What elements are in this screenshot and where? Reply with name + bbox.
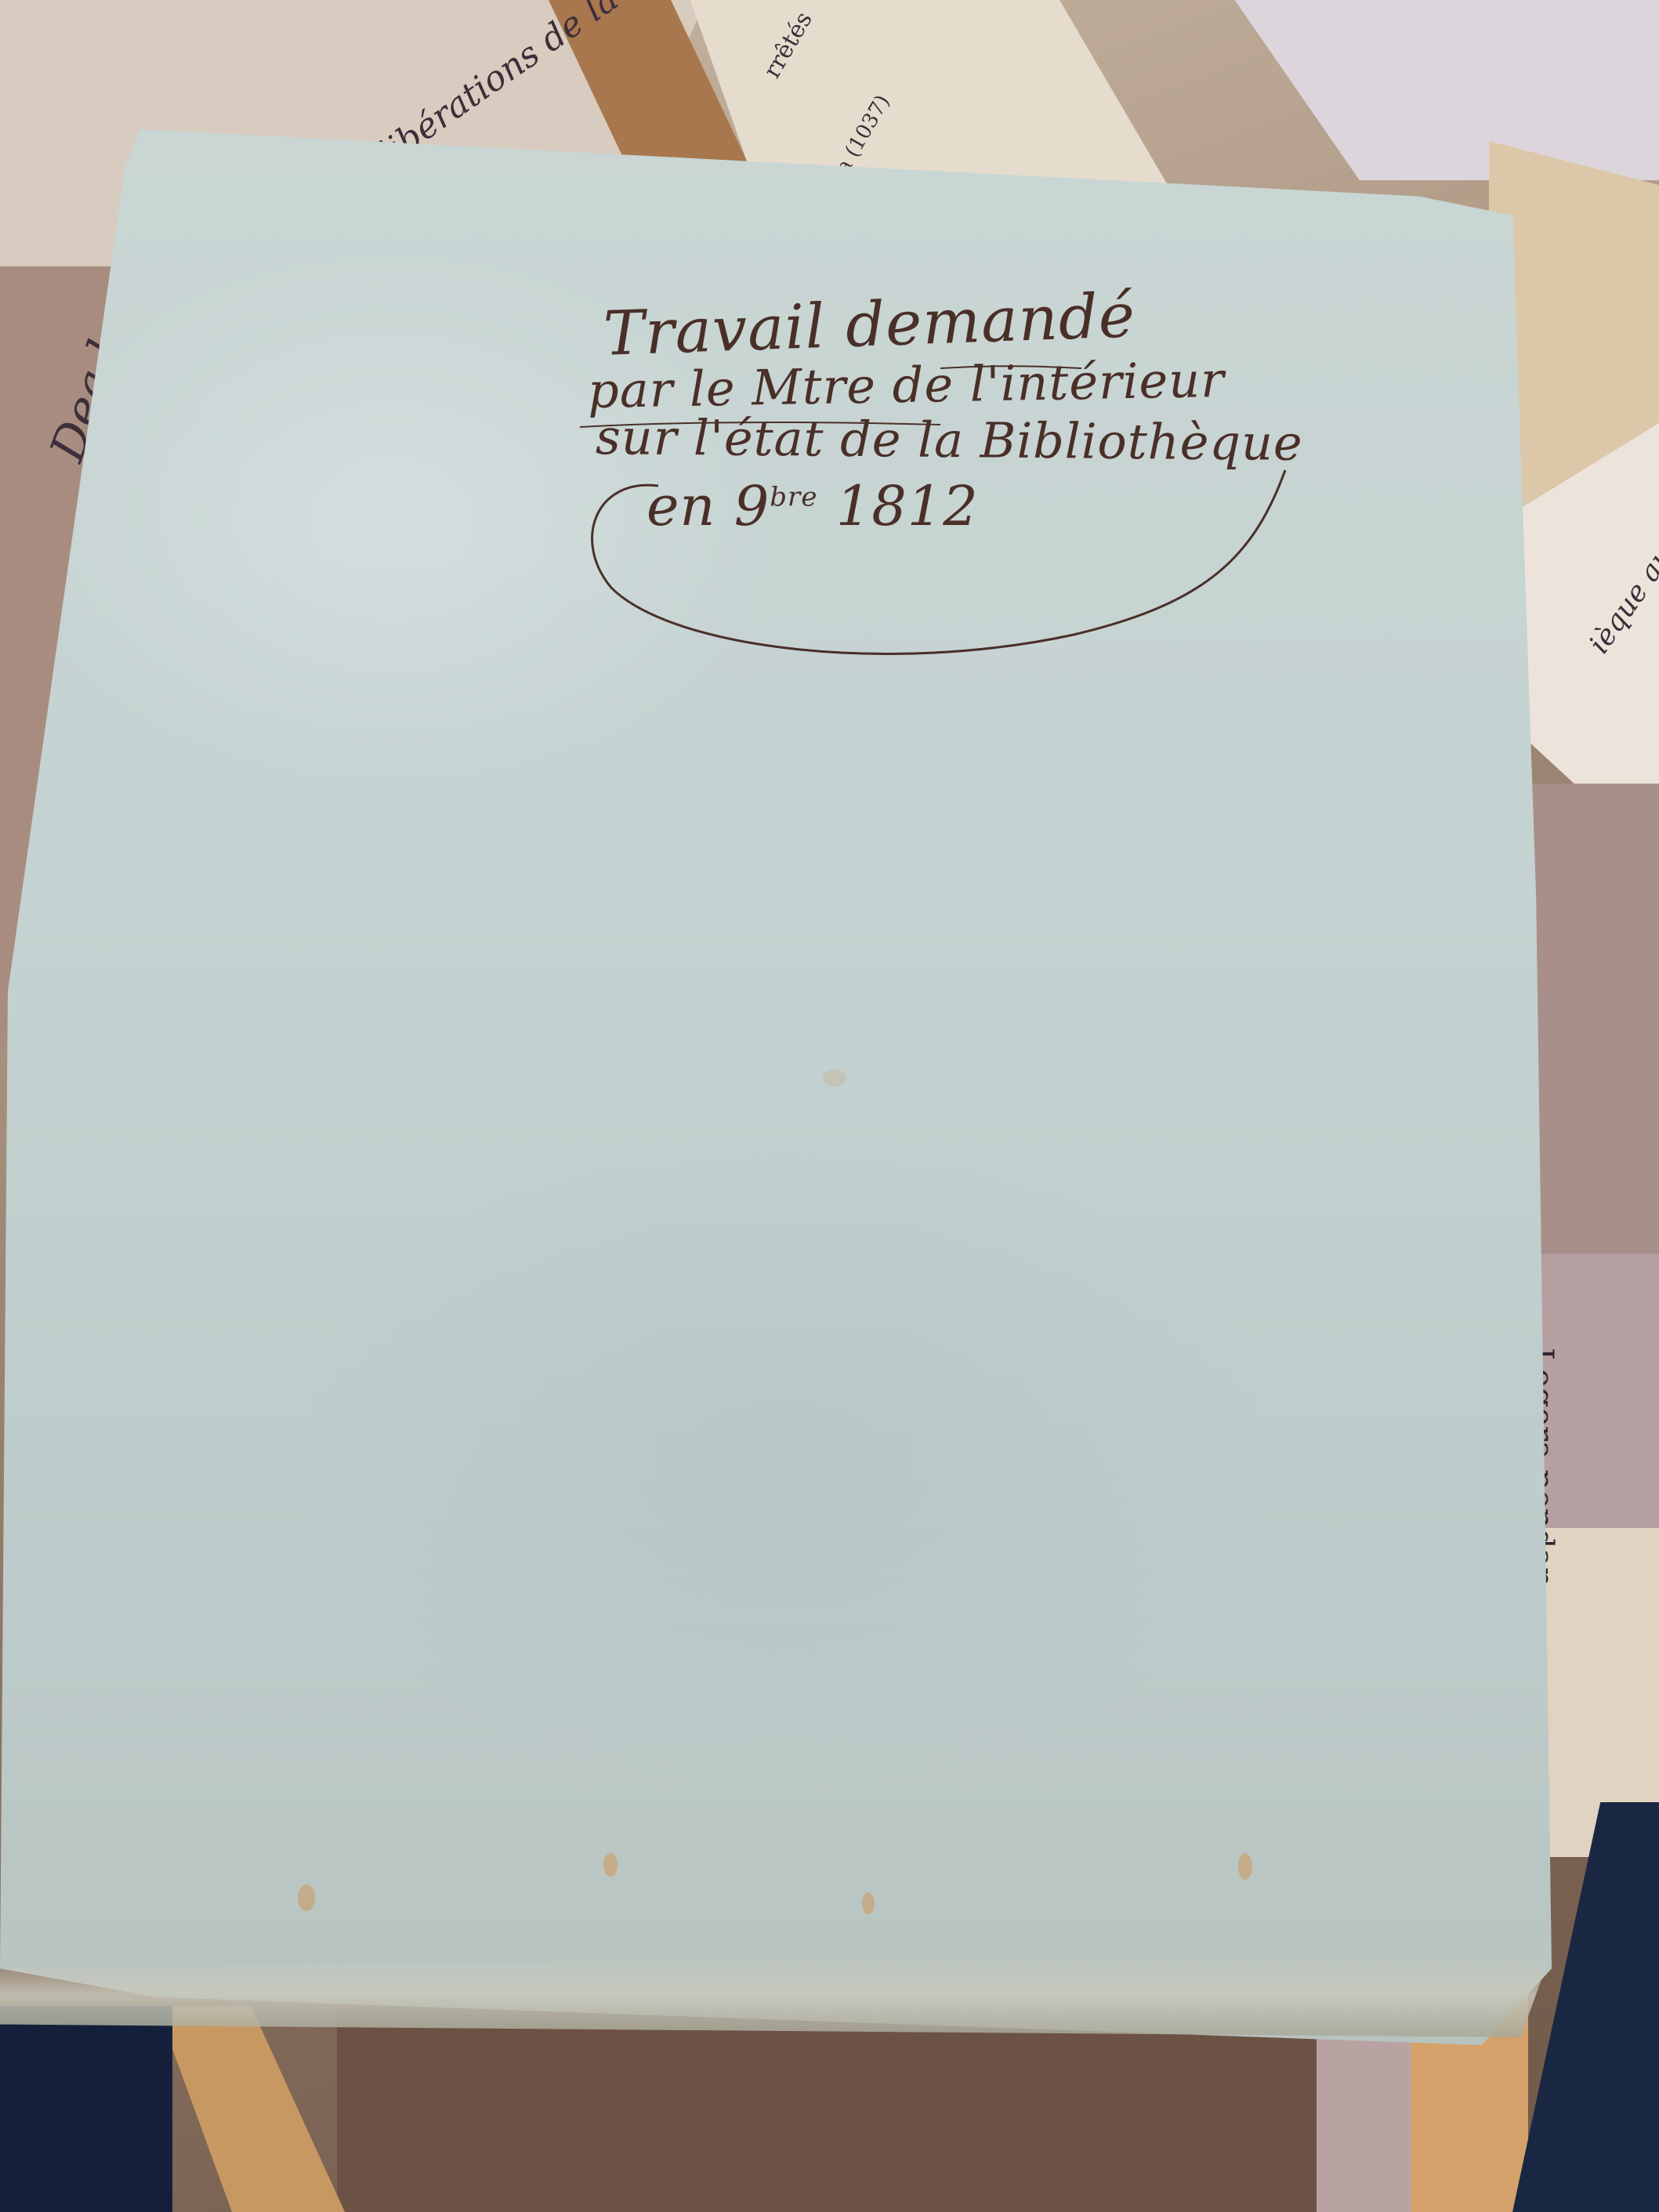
inscription-line-4-date: en 9bre 1812 (647, 474, 979, 538)
foxing-stain (823, 1070, 846, 1087)
background-sheet-bottom (337, 2006, 1324, 2212)
date-month-superscript: bre (770, 482, 817, 513)
foxing-stain (862, 1892, 875, 1914)
foxing-stain (603, 1853, 618, 1877)
date-month-prefix: en 9 (647, 474, 770, 538)
foxing-stain (298, 1884, 315, 1911)
foxing-stain (1238, 1853, 1252, 1880)
inscription-line-3: sur l'état de la Bibliothèque (596, 408, 1303, 472)
date-year: 1812 (836, 474, 979, 538)
navy-fabric-left (0, 2006, 172, 2212)
handwritten-title: Travail demandé par le Mtre de l'intérie… (564, 259, 1387, 666)
